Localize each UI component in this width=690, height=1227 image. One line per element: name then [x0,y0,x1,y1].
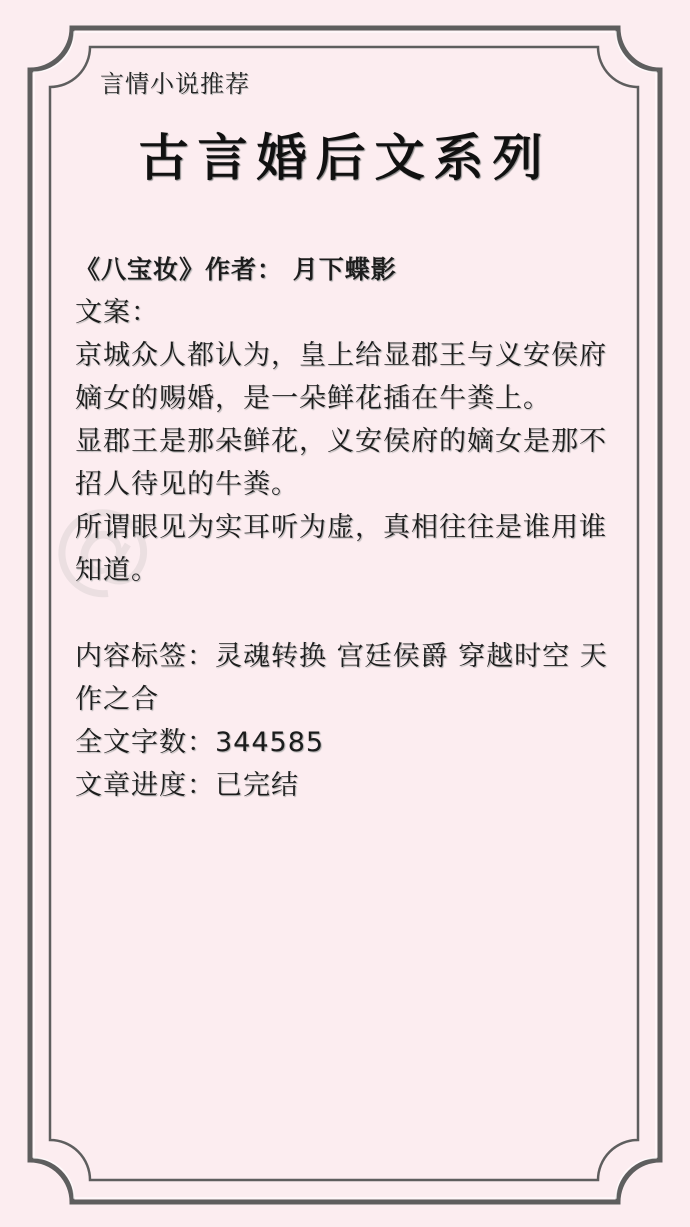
book-entry: 《八宝妆》作者： 月下蝶影 文案： 京城众人都认为，皇上给显郡王与义安侯府嫡女的… [75,248,620,807]
synopsis-label: 文案： [75,291,620,334]
synopsis-paragraph: 京城众人都认为，皇上给显郡王与义安侯府嫡女的赐婚，是一朵鲜花插在牛粪上。 [75,334,620,420]
completion-status: 文章进度：已完结 [75,764,620,807]
word-count: 全文字数：344585 [75,721,620,764]
synopsis-paragraph: 显郡王是那朵鲜花，义安侯府的嫡女是那不招人待见的牛粪。 [75,420,620,506]
spacer [75,592,620,635]
page-title: 古言婚后文系列 [0,118,690,190]
book-title-author: 《八宝妆》作者： 月下蝶影 [75,248,620,291]
content-tags: 内容标签：灵魂转换 宫廷侯爵 穿越时空 天作之合 [75,635,620,721]
category-subtitle: 言情小说推荐 [100,64,250,99]
synopsis-paragraph: 所谓眼见为实耳听为虚，真相往往是谁用谁知道。 [75,506,620,592]
